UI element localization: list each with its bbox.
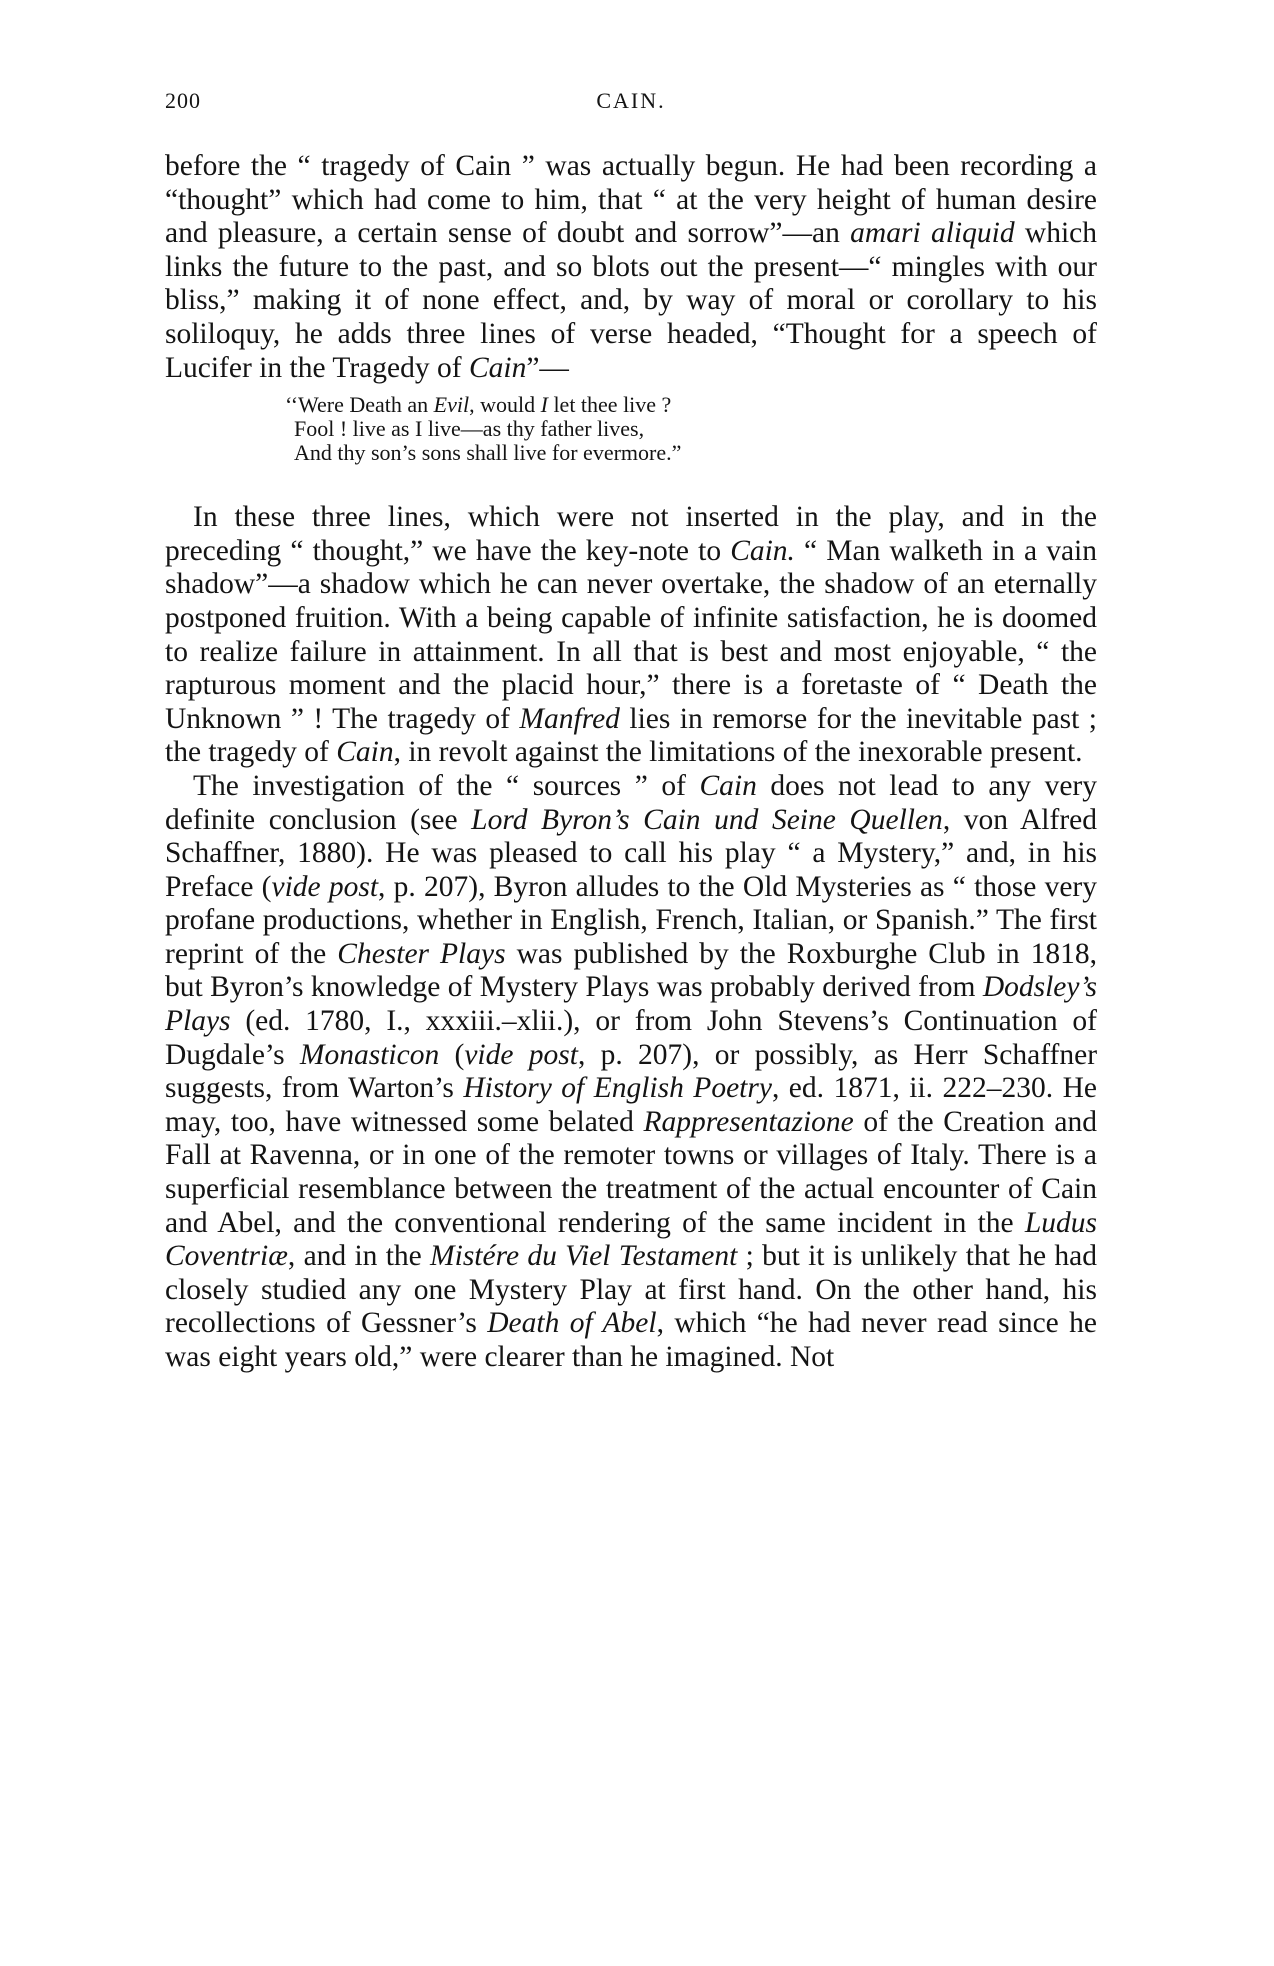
verse-line: And thy son’s sons shall live for evermo… bbox=[285, 441, 1097, 465]
paragraph-intro: before the “ tragedy of Cain ” was actua… bbox=[165, 150, 1097, 385]
italic-text: Manfred bbox=[519, 703, 620, 735]
text-run: And thy son’s sons shall live for evermo… bbox=[294, 440, 681, 465]
verse-line: Fool ! live as I live—as thy father live… bbox=[285, 417, 1097, 441]
italic-text: I bbox=[541, 392, 548, 417]
italic-text: Death of Abel bbox=[487, 1307, 656, 1339]
paragraph-sources: The investigation of the “ sources ” of … bbox=[165, 770, 1097, 1375]
italic-text: Cain. bbox=[730, 535, 795, 567]
body-text: before the “ tragedy of Cain ” was actua… bbox=[165, 150, 1097, 1375]
book-page: 200 CAIN. before the “ tragedy of Cain ”… bbox=[165, 78, 1097, 1375]
italic-text: Cain bbox=[469, 352, 526, 384]
text-run: ( bbox=[439, 1039, 464, 1071]
italic-text: Cain bbox=[336, 736, 393, 768]
text-run: ‘‘Were Death an bbox=[285, 392, 434, 417]
italic-text: Mistére du Viel Testament bbox=[430, 1240, 737, 1272]
text-run: , and in the bbox=[288, 1240, 430, 1272]
text-run: , in revolt against the limitations of t… bbox=[394, 736, 1083, 768]
running-title: CAIN. bbox=[165, 88, 1097, 114]
italic-text: vide post bbox=[464, 1039, 578, 1071]
text-run: let thee live ? bbox=[548, 392, 671, 417]
italic-text: Cain bbox=[699, 770, 756, 802]
italic-text: Monasticon bbox=[300, 1039, 439, 1071]
italic-text: Chester Plays bbox=[337, 938, 505, 970]
text-run: , would bbox=[469, 392, 541, 417]
text-run: Fool ! live as I live—as thy father live… bbox=[294, 416, 644, 441]
text-run: ”— bbox=[526, 352, 569, 384]
italic-text: Rappresentazione bbox=[643, 1106, 853, 1138]
text-run: The investigation of the “ sources ” of bbox=[193, 770, 699, 802]
verse-line: ‘‘Were Death an Evil, would I let thee l… bbox=[285, 393, 1097, 417]
italic-text: Lord Byron’s Cain und Seine Quellen bbox=[471, 804, 943, 836]
italic-text: vide post bbox=[271, 871, 378, 903]
paragraph-key-note: In these three lines, which were not ins… bbox=[165, 501, 1097, 770]
running-head: 200 CAIN. bbox=[165, 78, 1097, 118]
verse-quotation: ‘‘Were Death an Evil, would I let thee l… bbox=[285, 393, 1097, 465]
italic-text: amari aliquid bbox=[850, 217, 1014, 249]
italic-text: History of English Poetry bbox=[463, 1072, 772, 1104]
italic-text: Evil bbox=[434, 392, 469, 417]
